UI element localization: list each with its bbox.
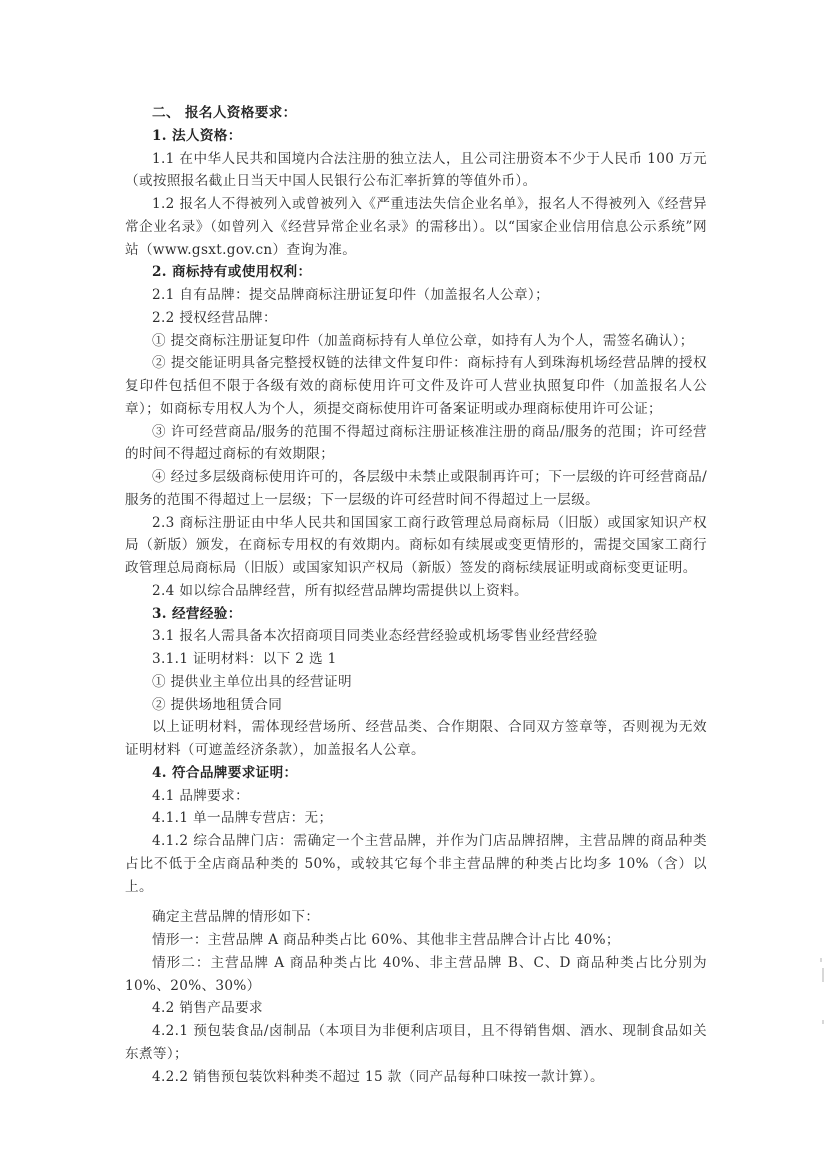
paragraph: 3.1.1 证明材料：以下 2 选 1 [125,648,707,671]
scan-edge-mark [820,958,822,962]
scan-edge-mark [822,1020,824,1024]
subsection-heading: 1. 法人资格： [125,125,707,148]
paragraph: 2.2 授权经营品牌： [125,307,707,330]
paragraph: ① 提交商标注册证复印件（加盖商标持有人单位公章，如持有人为个人，需签名确认）； [125,330,707,353]
paragraph: ③ 许可经营商品/服务的范围不得超过商标注册证核准注册的商品/服务的范围；许可经… [125,421,707,467]
paragraph: ② 提交能证明具备完整授权链的法律文件复印件：商标持有人到珠海机场经营品牌的授权… [125,352,707,420]
paragraph: 4.1 品牌要求： [125,785,707,808]
paragraph: 2.3 商标注册证由中华人民共和国国家工商行政管理总局商标局（旧版）或国家知识产… [125,512,707,580]
paragraph: 4.2 销售产品要求 [125,997,707,1020]
paragraph-gap [125,898,707,906]
paragraph: 4.1.2 综合品牌门店：需确定一个主营品牌，并作为门店品牌招牌，主营品牌的商品… [125,830,707,898]
paragraph: ④ 经过多层级商标使用许可的，各层级中未禁止或限制再许可；下一层级的许可经营商品… [125,466,707,512]
section-heading: 二、 报名人资格要求： [125,102,707,125]
paragraph: 以上证明材料，需体现经营场所、经营品类、合作期限、合同双方签章等，否则视为无效证… [125,716,707,762]
paragraph: ① 提供业主单位出具的经营证明 [125,671,707,694]
paragraph: 1.1 在中华人民共和国境内合法注册的独立法人，且公司注册资本不少于人民币 10… [125,148,707,194]
paragraph: 4.1.1 单一品牌专营店：无； [125,807,707,830]
paragraph: 3.1 报名人需具备本次招商项目同类业态经营经验或机场零售业经营经验 [125,625,707,648]
scan-edge-mark [822,968,824,982]
paragraph: 确定主营品牌的情形如下： [125,906,707,929]
document-body: 1. 法人资格：1.1 在中华人民共和国境内合法注册的独立法人，且公司注册资本不… [125,125,707,1089]
subsection-heading: 4. 符合品牌要求证明： [125,762,707,785]
paragraph: 1.2 报名人不得被列入或曾被列入《严重违法失信企业名单》，报名人不得被列入《经… [125,193,707,261]
subsection-heading: 3. 经营经验： [125,603,707,626]
document-page: 二、 报名人资格要求： 1. 法人资格：1.1 在中华人民共和国境内合法注册的独… [125,102,707,1088]
paragraph: 情形二：主营品牌 A 商品种类占比 40%、非主营品牌 B、C、D 商品种类占比… [125,952,707,998]
paragraph: ② 提供场地租赁合同 [125,694,707,717]
paragraph: 2.1 自有品牌：提交品牌商标注册证复印件（加盖报名人公章）； [125,284,707,307]
paragraph: 4.2.1 预包装食品/卤制品（本项目为非便利店项目，且不得销售烟、酒水、现制食… [125,1020,707,1066]
paragraph: 情形一：主营品牌 A 商品种类占比 60%、其他非主营品牌合计占比 40%； [125,929,707,952]
subsection-heading: 2. 商标持有或使用权利： [125,261,707,284]
paragraph: 4.2.2 销售预包装饮料种类不超过 15 款（同产品每种口味按一款计算）。 [125,1066,707,1089]
paragraph: 2.4 如以综合品牌经营，所有拟经营品牌均需提供以上资料。 [125,580,707,603]
